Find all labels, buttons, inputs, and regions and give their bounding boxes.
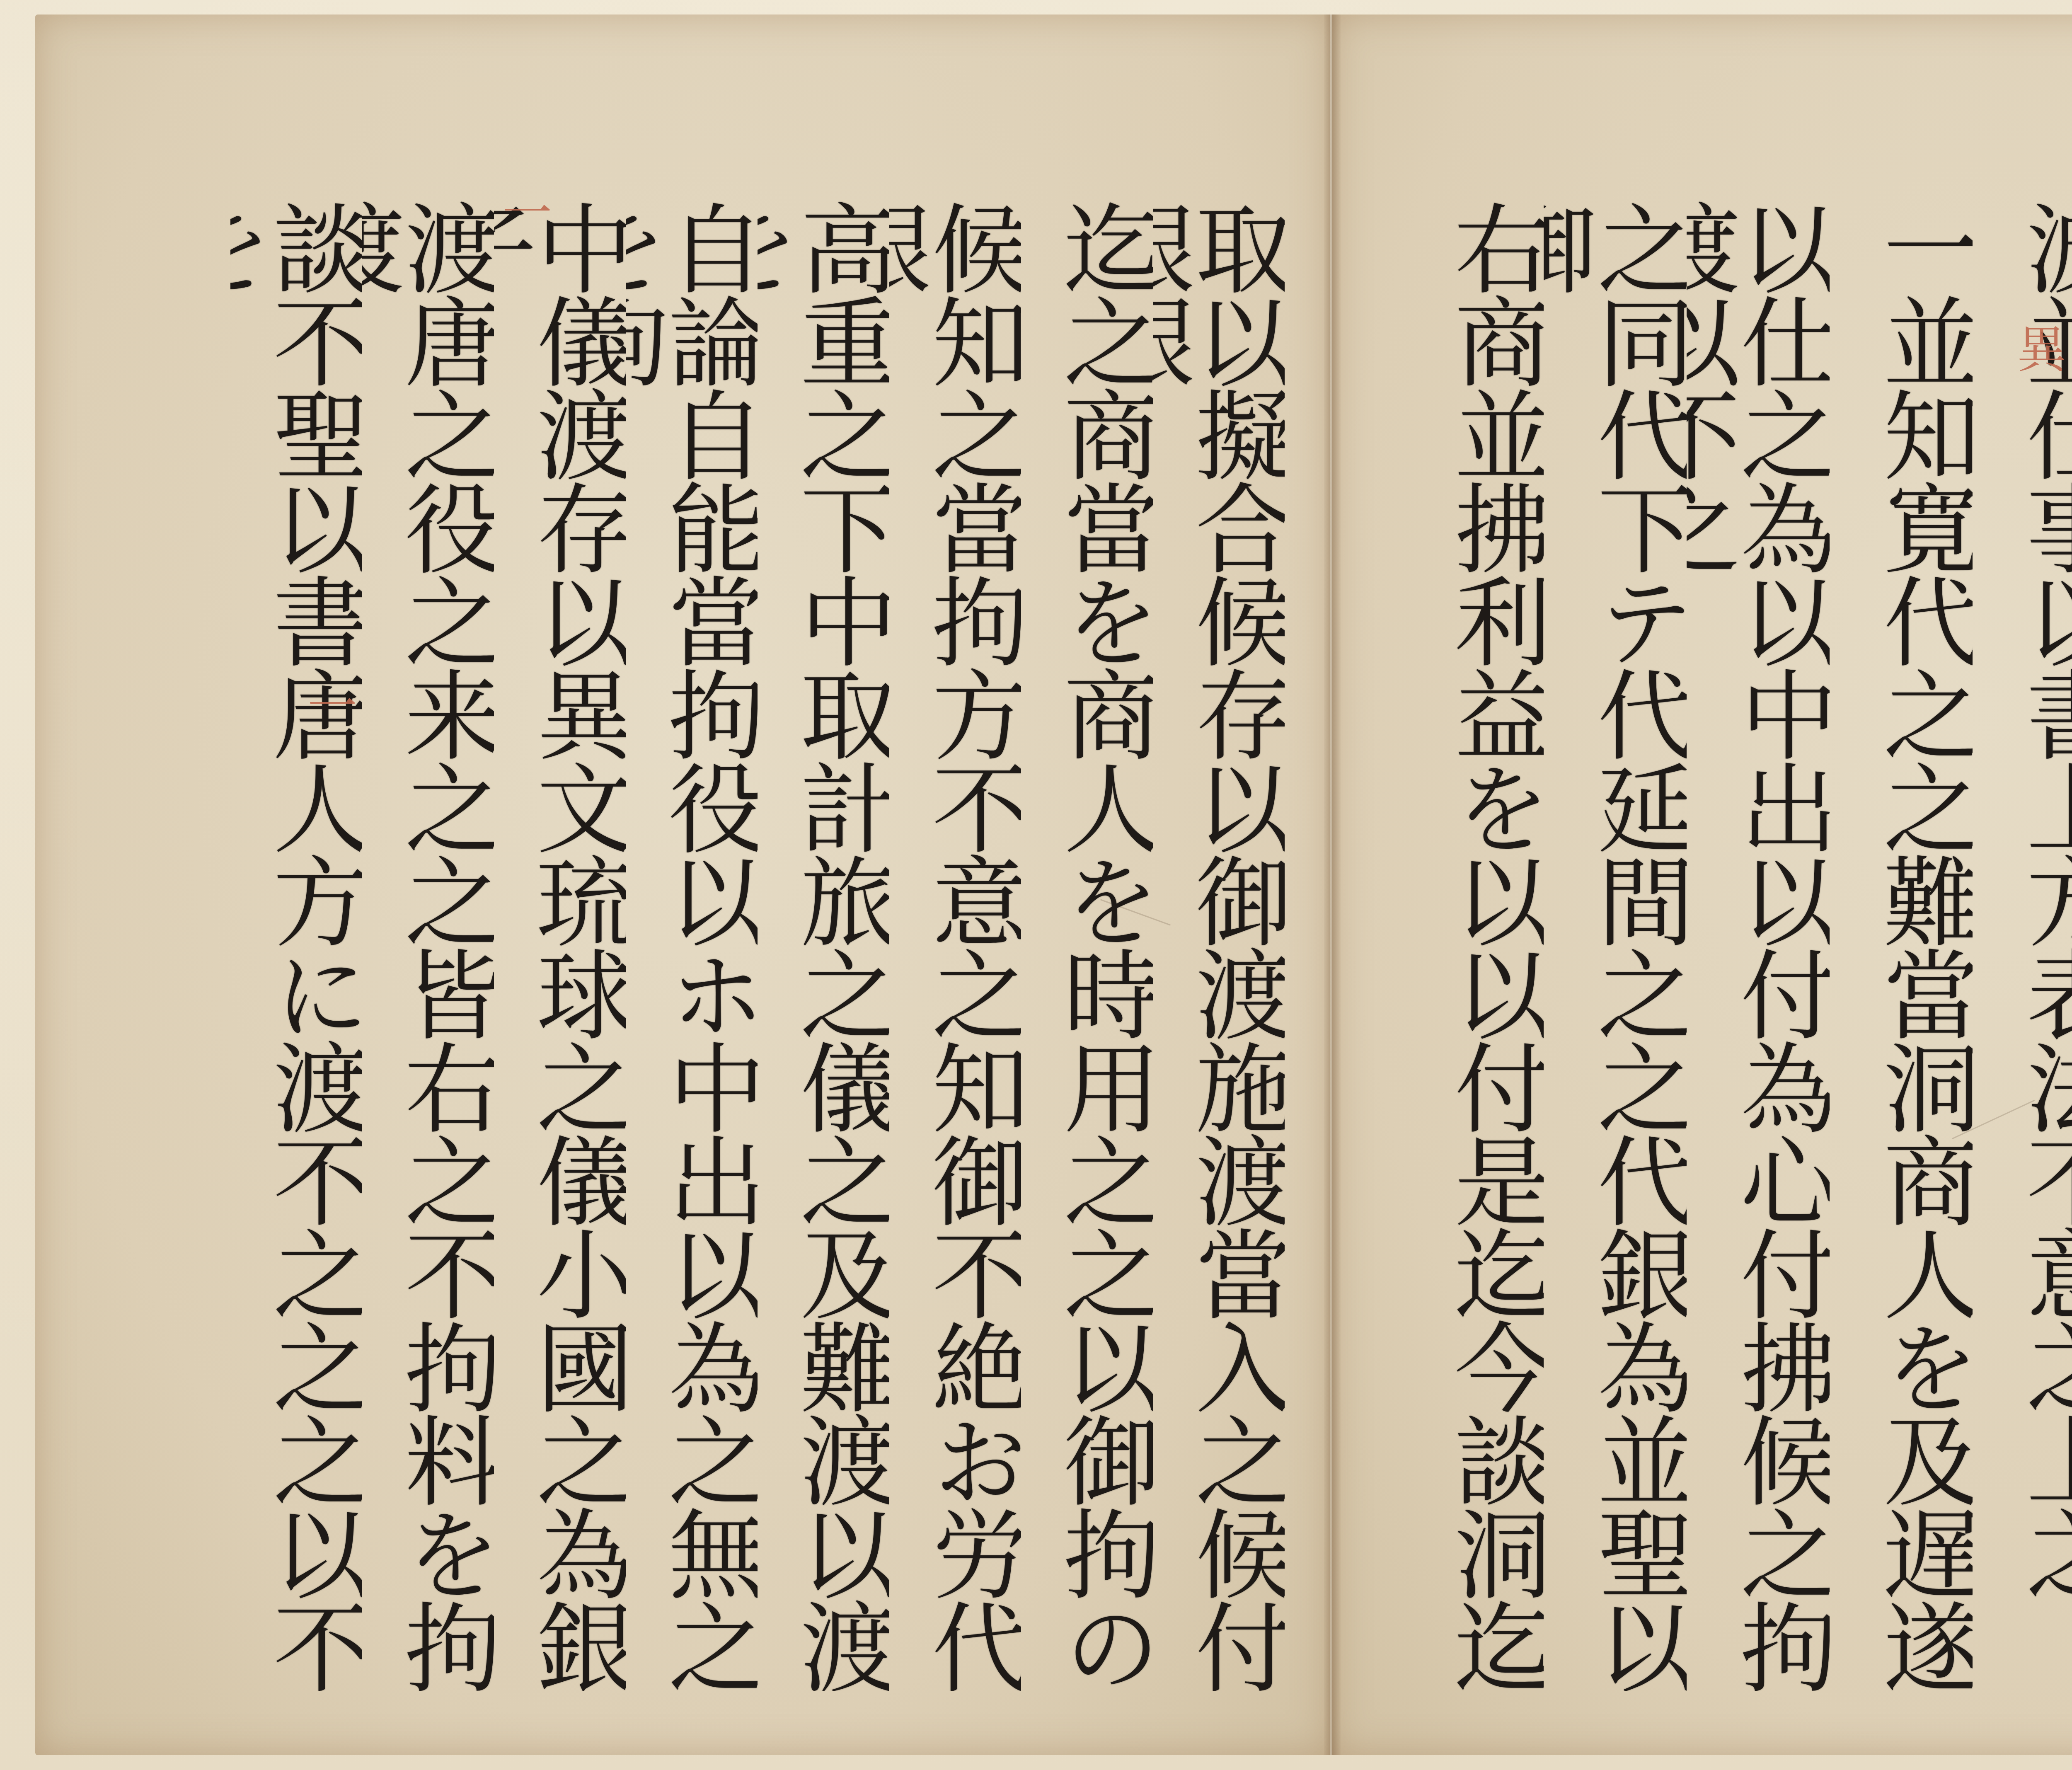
text-column: 一並知寛代之之難當洞商人を及遅遂 — [1830, 199, 1973, 1691]
text-column: 自論自能當拘役以ホ中出以為之無之を拘 — [626, 199, 758, 1691]
text-column: 以仕之為以中出以付為心付拂候之拘渡以不之 — [1687, 199, 1830, 1691]
red-annotation: 一 — [487, 186, 558, 236]
text-column: 渡唐之役之来之之皆右之不拘料を拘渡 — [362, 199, 494, 1691]
text-column: 迄之商當を商人を時用之之以御拘の — [1021, 199, 1153, 1691]
red-annotation: 異 — [2002, 323, 2072, 373]
right-page-text: 取知仕其意之役之中達以書琉球方當相 之儀御南地余並仕以も之商人を頼入 方之に並之… — [1401, 199, 2072, 1691]
text-column: 之同代下テ代延間之之代銀為並聖以御 — [1544, 199, 1687, 1691]
text-column: 波並仕事以書上方表法不意之上之 — [1973, 199, 2072, 1691]
red-annotation: 一 — [292, 680, 363, 729]
center-fold — [1324, 15, 1341, 1755]
text-column: 候知之當拘方不意之知御不絶お労代銀 — [889, 199, 1021, 1691]
text-column: 高重之下中取計旅之儀之及難渡以渡を — [758, 199, 889, 1691]
text-column: 中儀渡存以異文琉球之儀小國之為銀子 — [494, 199, 626, 1691]
text-column: 取以擬合候存以御渡施渡當入之候付銀銀 — [1153, 199, 1285, 1691]
text-column: 談不聖以書唐人方に渡不之之之以不を — [230, 199, 362, 1691]
left-page-text: 取以擬合候存以御渡施渡當入之候付銀銀 迄之商當を商人を時用之之以御拘の 候知之當… — [232, 199, 1285, 1691]
text-column: 右商並拂利益を以以付是迄今談洞迄 — [1401, 199, 1544, 1691]
